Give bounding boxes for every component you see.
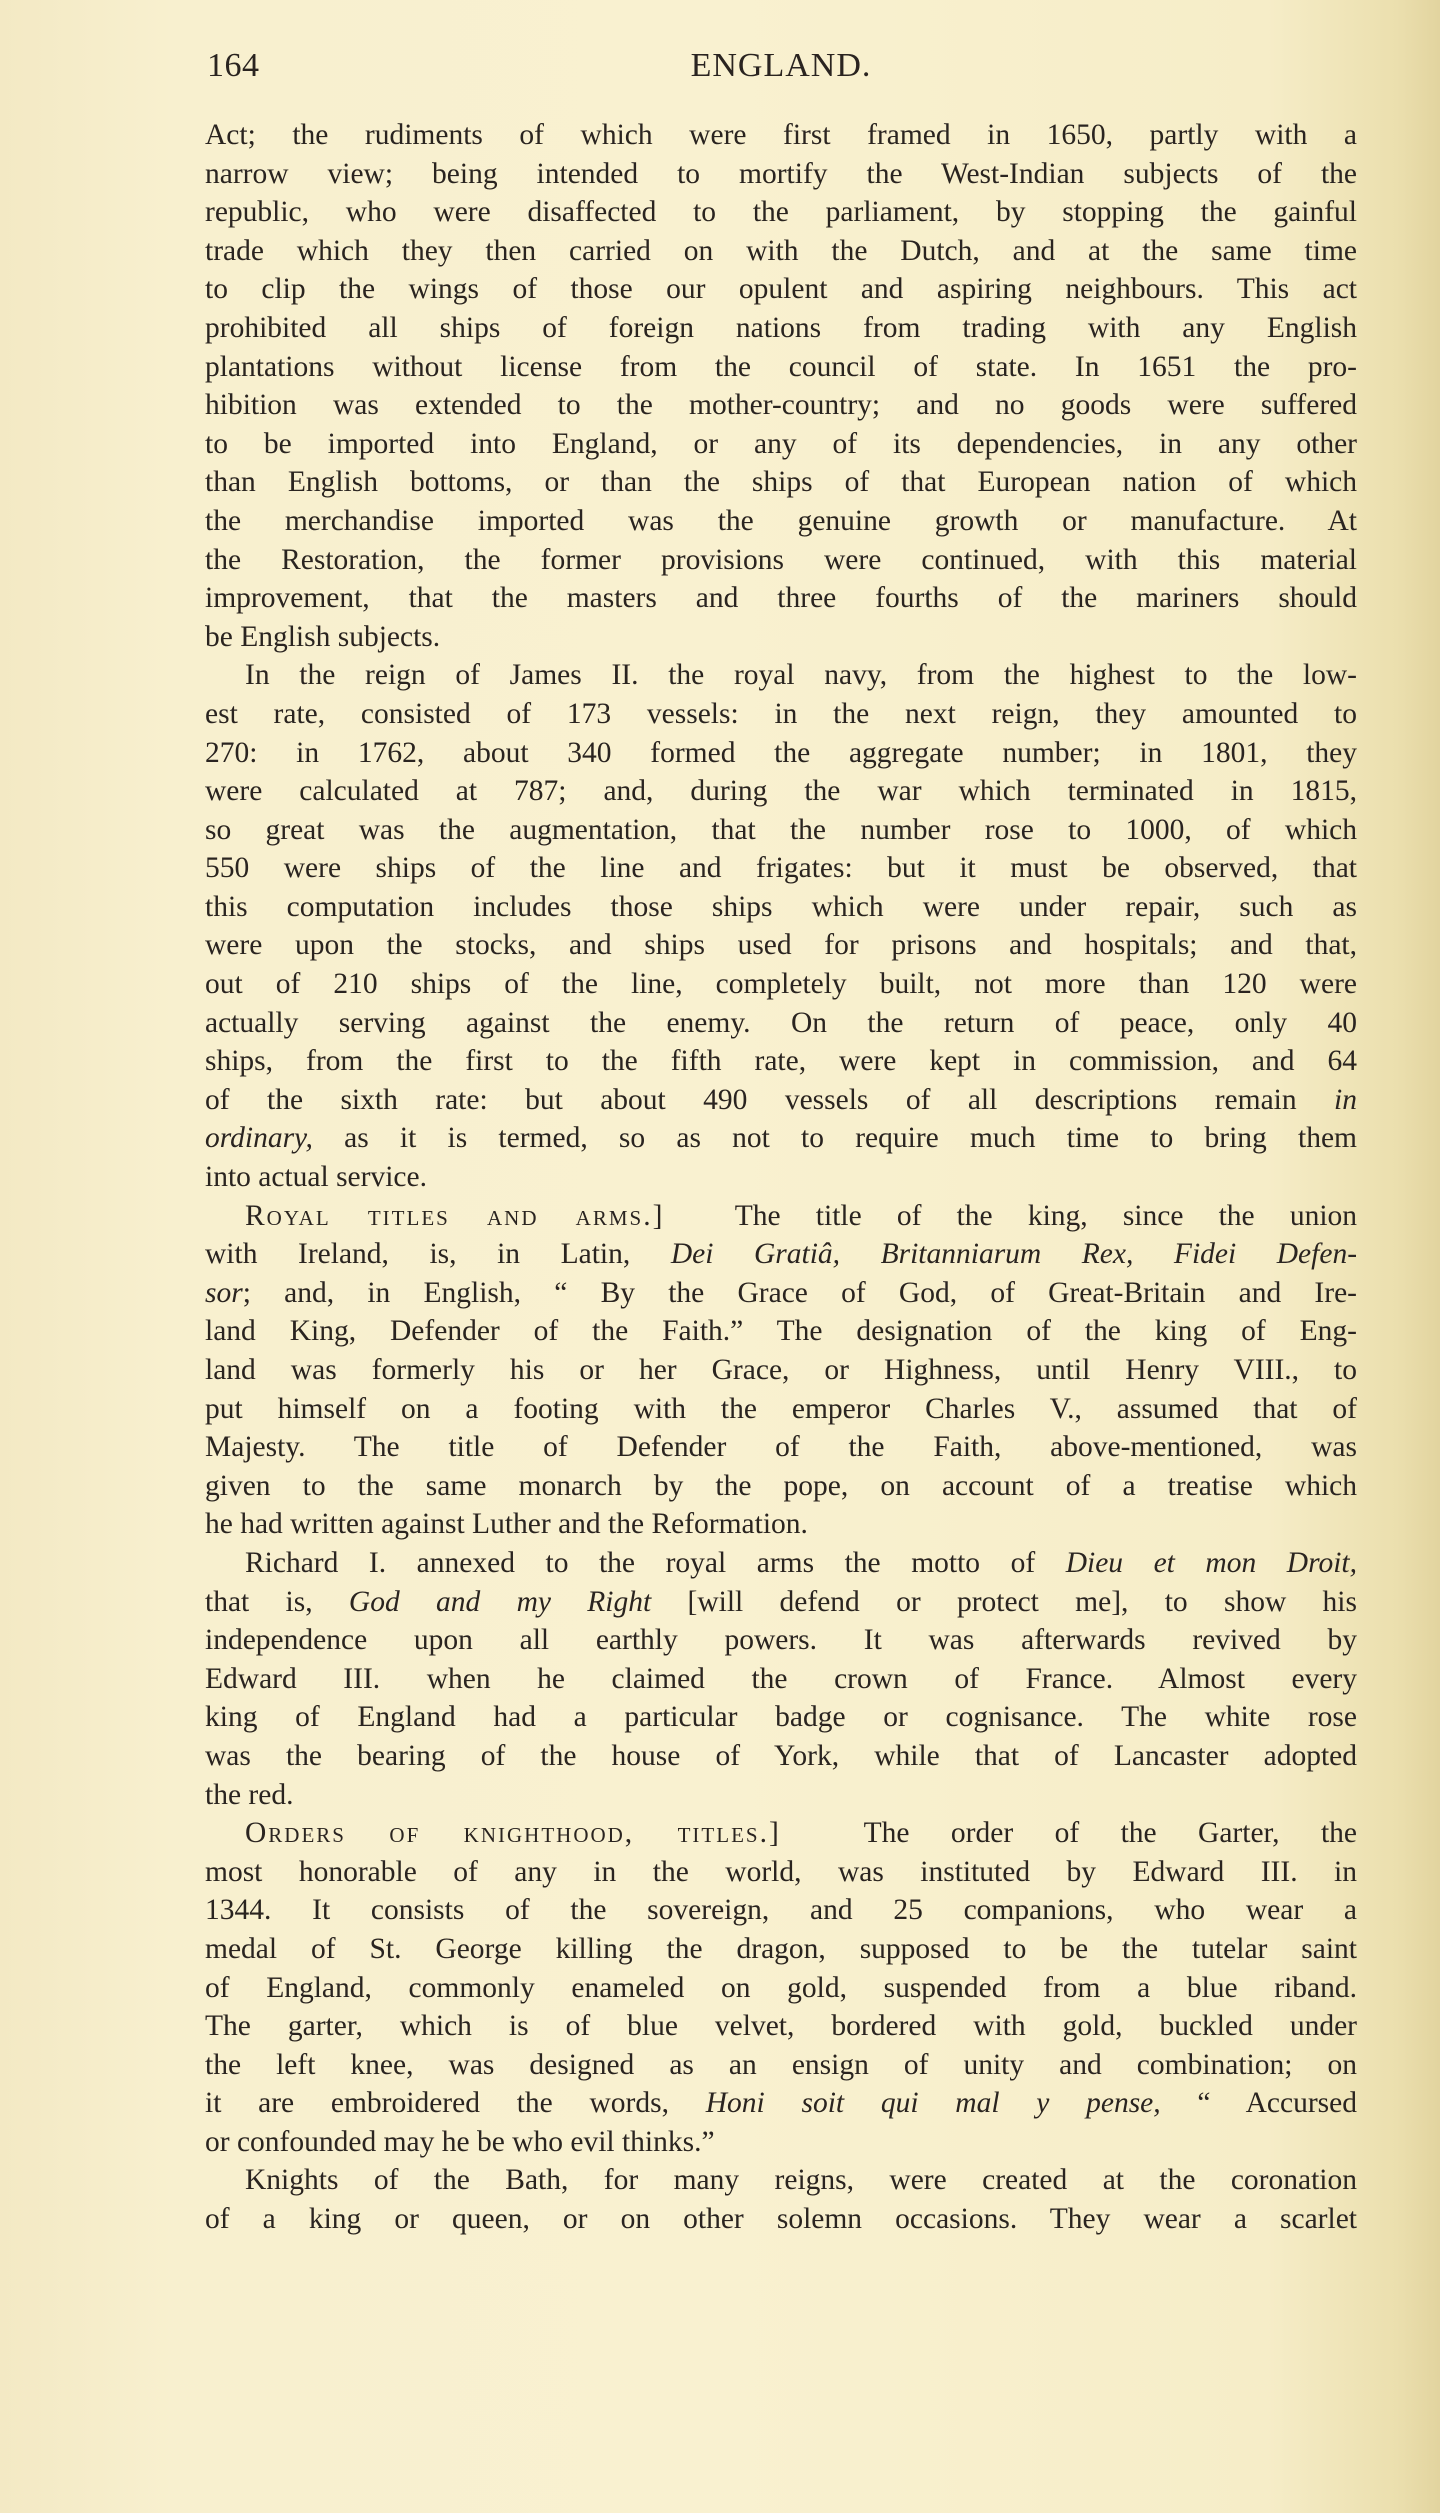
text-segment: with Ireland, is, in Latin, — [205, 1238, 630, 1270]
text-line: independence upon all earthly powers. It… — [205, 1621, 1357, 1660]
text-line: ordinary, as it is termed, so as not to … — [205, 1119, 1357, 1158]
text-line: medal of St. George killing the dragon, … — [205, 1930, 1357, 1969]
text-line: republic, who were disaffected to the pa… — [205, 193, 1357, 232]
text-line: of the sixth rate: but about 490 vessels… — [205, 1081, 1357, 1120]
italic-text: in — [1334, 1084, 1357, 1116]
text-line: this computation includes those ships wh… — [205, 888, 1357, 927]
text-line: plantations without license from the cou… — [205, 348, 1357, 387]
text-line: to be imported into England, or any of i… — [205, 425, 1357, 464]
text-line: of a king or queen, or on other solemn o… — [205, 2200, 1357, 2239]
text-line: Majesty. The title of Defender of the Fa… — [205, 1428, 1357, 1467]
text-segment: ; and, in English, “ By the Grace of God… — [243, 1277, 1357, 1309]
text-line: Edward III. when he claimed the crown of… — [205, 1660, 1357, 1699]
text-line: were upon the stocks, and ships used for… — [205, 926, 1357, 965]
text-line: actually serving against the enemy. On t… — [205, 1004, 1357, 1043]
italic-text: Dieu et mon Droit, — [1066, 1547, 1357, 1579]
text-line: improvement, that the masters and three … — [205, 579, 1357, 618]
text-line: land King, Defender of the Faith.” The d… — [205, 1312, 1357, 1351]
text-line: Knights of the Bath, for many reigns, we… — [205, 2161, 1357, 2200]
paragraph-royal-titles: Royal titles and arms.] The title of the… — [205, 1197, 1357, 1544]
running-title: ENGLAND. — [205, 40, 1357, 92]
text-line: ships, from the first to the fifth rate,… — [205, 1042, 1357, 1081]
text-line: was the bearing of the house of York, wh… — [205, 1737, 1357, 1776]
text-line: to clip the wings of those our opulent a… — [205, 270, 1357, 309]
text-line: put himself on a footing with the empero… — [205, 1390, 1357, 1429]
text-line: hibition was extended to the mother-coun… — [205, 386, 1357, 425]
text-line: or confounded may he be who evil thinks.… — [205, 2123, 1357, 2162]
italic-text: Dei Gratiâ, Britanniarum Rex, Fidei Defe… — [671, 1238, 1357, 1270]
text-line: Royal titles and arms.] The title of the… — [205, 1197, 1357, 1236]
text-line: In the reign of James II. the royal navy… — [205, 656, 1357, 695]
text-segment: as it is termed, so as not to require mu… — [313, 1122, 1357, 1154]
text-line: prohibited all ships of foreign nations … — [205, 309, 1357, 348]
section-heading: Orders of knighthood, titles.] — [245, 1817, 781, 1849]
italic-text: sor — [205, 1277, 243, 1309]
text-line: that is, God and my Right [will defend o… — [205, 1583, 1357, 1622]
text-line: it are embroidered the words, Honi soit … — [205, 2084, 1357, 2123]
italic-text: ordinary, — [205, 1122, 313, 1154]
text-line: 550 were ships of the line and frigates:… — [205, 849, 1357, 888]
text-line: be English subjects. — [205, 618, 1357, 657]
text-line: land was formerly his or her Grace, or H… — [205, 1351, 1357, 1390]
text-segment: it are embroidered the words, — [205, 2087, 669, 2119]
running-head: 164 ENGLAND. — [205, 40, 1357, 92]
text-line: trade which they then carried on with th… — [205, 232, 1357, 271]
text-segment: that is, — [205, 1586, 313, 1618]
italic-text: God and my Right — [349, 1586, 651, 1618]
text-line: king of England had a particular badge o… — [205, 1698, 1357, 1737]
text-line: Act; the rudiments of which were first f… — [205, 116, 1357, 155]
text-line: narrow view; being intended to mortify t… — [205, 155, 1357, 194]
paragraph-royal-navy: In the reign of James II. the royal navy… — [205, 656, 1357, 1196]
text-line: 270: in 1762, about 340 formed the aggre… — [205, 734, 1357, 773]
text-segment: The order of the Garter, the — [864, 1817, 1357, 1849]
text-line: of England, commonly enameled on gold, s… — [205, 1969, 1357, 2008]
text-line: sor; and, in English, “ By the Grace of … — [205, 1274, 1357, 1313]
text-segment: Richard I. annexed to the royal arms the… — [245, 1547, 1035, 1579]
text-line: the left knee, was designed as an ensign… — [205, 2046, 1357, 2085]
text-line: 1344. It consists of the sovereign, and … — [205, 1891, 1357, 1930]
text-line: out of 210 ships of the line, completely… — [205, 965, 1357, 1004]
text-line: the merchandise imported was the genuine… — [205, 502, 1357, 541]
paragraph-royal-motto: Richard I. annexed to the royal arms the… — [205, 1544, 1357, 1814]
text-segment: “ Accursed — [1197, 2087, 1357, 2119]
text-segment: The title of the king, since the union — [735, 1200, 1357, 1232]
text-line: est rate, consisted of 173 vessels: in t… — [205, 695, 1357, 734]
paragraph-orders-of-knighthood: Orders of knighthood, titles.] The order… — [205, 1814, 1357, 2161]
text-line: so great was the augmentation, that the … — [205, 811, 1357, 850]
text-line: given to the same monarch by the pope, o… — [205, 1467, 1357, 1506]
text-line: most honorable of any in the world, was … — [205, 1853, 1357, 1892]
text-segment: [will defend or protect me], to show his — [688, 1586, 1358, 1618]
text-segment: of the sixth rate: but about 490 vessels… — [205, 1084, 1297, 1116]
text-line: into actual service. — [205, 1158, 1357, 1197]
text-line: were calculated at 787; and, during the … — [205, 772, 1357, 811]
text-line: the red. — [205, 1776, 1357, 1815]
body-text: Act; the rudiments of which were first f… — [205, 116, 1357, 2239]
book-page: 164 ENGLAND. Act; the rudiments of which… — [205, 40, 1357, 2239]
text-line: he had written against Luther and the Re… — [205, 1505, 1357, 1544]
text-line: The garter, which is of blue velvet, bor… — [205, 2007, 1357, 2046]
text-line: the Restoration, the former provisions w… — [205, 541, 1357, 580]
text-line: than English bottoms, or than the ships … — [205, 463, 1357, 502]
text-line: Richard I. annexed to the royal arms the… — [205, 1544, 1357, 1583]
paragraph-knights-of-the-bath: Knights of the Bath, for many reigns, we… — [205, 2161, 1357, 2238]
text-line: with Ireland, is, in Latin, Dei Gratiâ, … — [205, 1235, 1357, 1274]
italic-text: Honi soit qui mal y pense, — [706, 2087, 1161, 2119]
paragraph-navigation-act: Act; the rudiments of which were first f… — [205, 116, 1357, 656]
section-heading: Royal titles and arms.] — [245, 1200, 664, 1232]
text-line: Orders of knighthood, titles.] The order… — [205, 1814, 1357, 1853]
